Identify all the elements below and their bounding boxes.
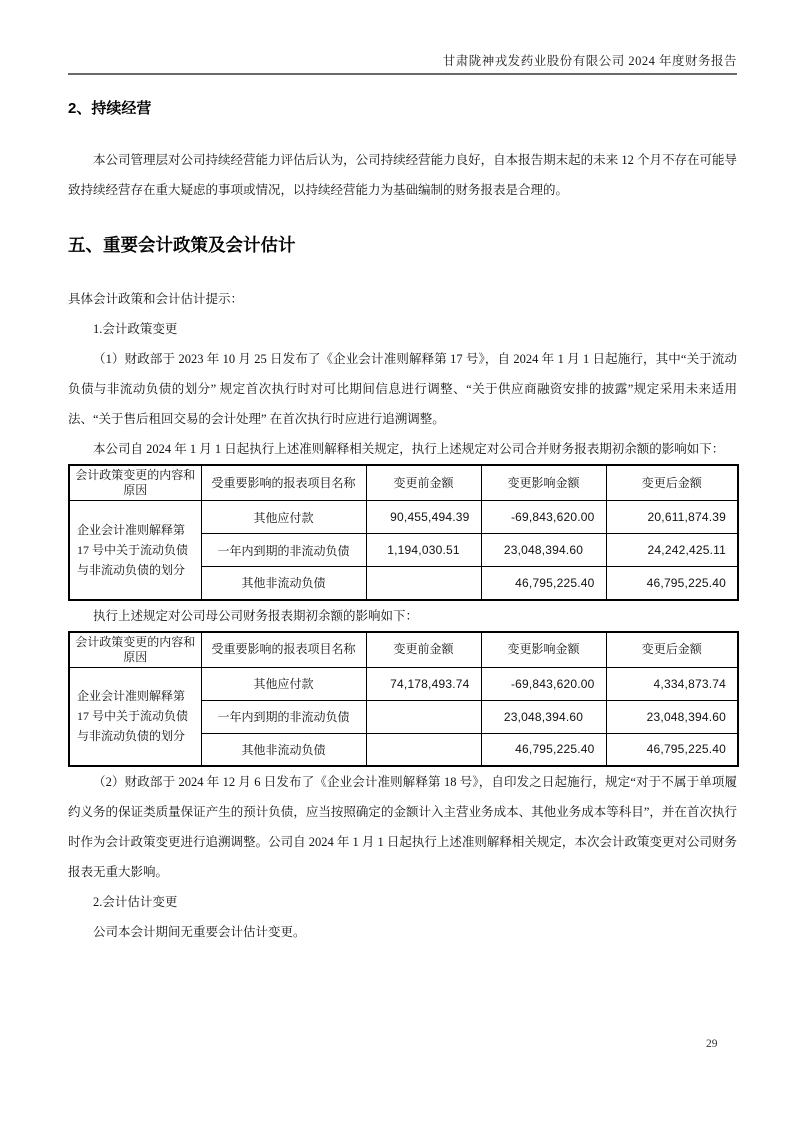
- policy-change-paragraph-1: （1）财政部于 2023 年 10 月 25 日发布了《企业会计准则解释第 17…: [68, 344, 737, 434]
- item-cell: 一年内到期的非流动负债: [201, 700, 366, 733]
- consolidated-impact-intro: 本公司自 2024 年 1 月 1 日起执行上述准则解释相关规定，执行上述规定对…: [68, 434, 737, 464]
- estimate-change-title: 2.会计估计变更: [68, 887, 737, 917]
- before-amount-cell: [366, 567, 481, 600]
- col-header-impact: 变更影响金额: [481, 465, 606, 501]
- impact-amount-cell: 23,048,394.60: [481, 534, 606, 567]
- item-cell: 一年内到期的非流动负债: [201, 534, 366, 567]
- before-amount-cell: 74,178,493.74: [366, 667, 481, 700]
- going-concern-heading: 2、持续经营: [68, 97, 737, 118]
- page-number: 29: [706, 1038, 718, 1050]
- parent-impact-table: 会计政策变更的内容和原因 受重要影响的报表项目名称 变更前金额 变更影响金额 变…: [68, 631, 739, 768]
- after-amount-cell: 46,795,225.40: [606, 733, 738, 766]
- after-amount-cell: 4,334,873.74: [606, 667, 738, 700]
- table-row: 企业会计准则解释第 17 号中关于流动负债与非流动负债的划分 其他应付款 90,…: [69, 501, 738, 534]
- report-page: 甘肃陇神戎发药业股份有限公司 2024 年度财务报告 2、持续经营 本公司管理层…: [0, 0, 793, 1122]
- col-header-reason: 会计政策变更的内容和原因: [69, 632, 201, 668]
- col-header-after: 变更后金额: [606, 465, 738, 501]
- after-amount-cell: 20,611,874.39: [606, 501, 738, 534]
- impact-amount-cell: 46,795,225.40: [481, 567, 606, 600]
- before-amount-cell: 1,194,030.51: [366, 534, 481, 567]
- impact-amount-cell: 46,795,225.40: [481, 733, 606, 766]
- col-header-after: 变更后金额: [606, 632, 738, 668]
- col-header-impact: 变更影响金额: [481, 632, 606, 668]
- before-amount-cell: 90,455,494.39: [366, 501, 481, 534]
- item-cell: 其他非流动负债: [201, 733, 366, 766]
- before-amount-cell: [366, 733, 481, 766]
- item-cell: 其他应付款: [201, 667, 366, 700]
- impact-amount-cell: 23,048,394.60: [481, 700, 606, 733]
- col-header-item: 受重要影响的报表项目名称: [201, 632, 366, 668]
- col-header-before: 变更前金额: [366, 465, 481, 501]
- impact-amount-cell: -69,843,620.00: [481, 501, 606, 534]
- estimate-change-body: 公司本会计期间无重要会计估计变更。: [68, 917, 737, 947]
- header-rule: [68, 73, 737, 75]
- impact-amount-cell: -69,843,620.00: [481, 667, 606, 700]
- after-amount-cell: 23,048,394.60: [606, 700, 738, 733]
- item-cell: 其他应付款: [201, 501, 366, 534]
- after-amount-cell: 46,795,225.40: [606, 567, 738, 600]
- before-amount-cell: [366, 700, 481, 733]
- reason-cell: 企业会计准则解释第 17 号中关于流动负债与非流动负债的划分: [69, 501, 201, 600]
- table-row: 企业会计准则解释第 17 号中关于流动负债与非流动负债的划分 其他应付款 74,…: [69, 667, 738, 700]
- after-amount-cell: 24,242,425.11: [606, 534, 738, 567]
- policy-change-paragraph-2: （2）财政部于 2024 年 12 月 6 日发布了《企业会计准则解释第 18 …: [68, 767, 737, 887]
- item-cell: 其他非流动负债: [201, 567, 366, 600]
- consolidated-impact-table: 会计政策变更的内容和原因 受重要影响的报表项目名称 变更前金额 变更影响金额 变…: [68, 464, 739, 601]
- header-title: 甘肃陇神戎发药业股份有限公司 2024 年度财务报告: [68, 53, 737, 69]
- policies-heading: 五、重要会计政策及会计估计: [68, 232, 737, 257]
- col-header-before: 变更前金额: [366, 632, 481, 668]
- reason-cell: 企业会计准则解释第 17 号中关于流动负债与非流动负债的划分: [69, 667, 201, 766]
- col-header-reason: 会计政策变更的内容和原因: [69, 465, 201, 501]
- going-concern-paragraph: 本公司管理层对公司持续经营能力评估后认为，公司持续经营能力良好，自本报告期末起的…: [68, 145, 737, 205]
- policy-change-title: 1.会计政策变更: [68, 314, 737, 344]
- table-header-row: 会计政策变更的内容和原因 受重要影响的报表项目名称 变更前金额 变更影响金额 变…: [69, 632, 738, 668]
- parent-impact-intro: 执行上述规定对公司母公司财务报表期初余额的影响如下：: [68, 601, 737, 631]
- table-header-row: 会计政策变更的内容和原因 受重要影响的报表项目名称 变更前金额 变更影响金额 变…: [69, 465, 738, 501]
- policies-intro: 具体会计政策和会计估计提示：: [68, 284, 737, 314]
- col-header-item: 受重要影响的报表项目名称: [201, 465, 366, 501]
